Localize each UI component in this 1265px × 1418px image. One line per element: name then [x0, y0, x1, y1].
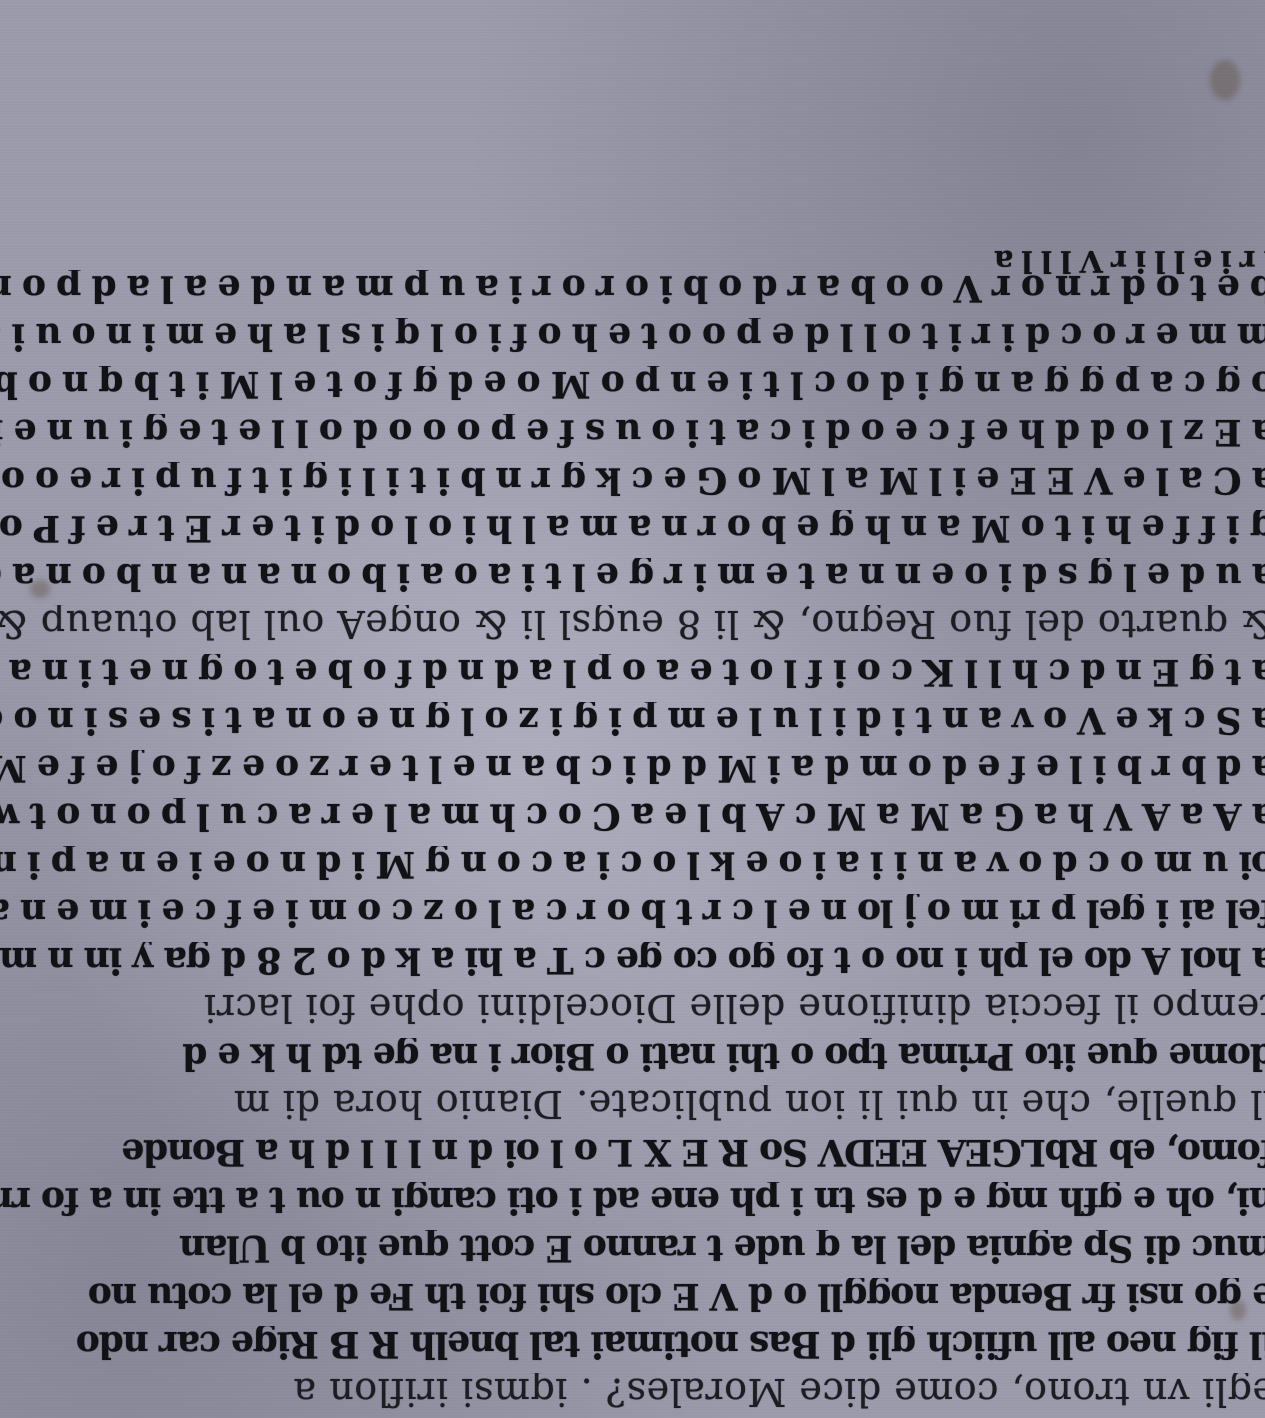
- text-line: a S c k e V o v a n t i d i l u l e m p …: [0, 702, 1265, 738]
- text-line: a d b r b i l e f e d o m d a i M d d i …: [0, 750, 1265, 786]
- scanned-page: egli vn trono, come dice Morales? . iqms…: [0, 0, 1265, 1418]
- text-line: ni, oh e gfh mg e d es tn i ph ene ad i …: [0, 1182, 1265, 1218]
- text-line: fel ai i gel p ri m o j lo n e l c r t b…: [0, 894, 1265, 930]
- text-line: a hol A do el ph i no o t fo go co ge c …: [0, 942, 1265, 978]
- text-line: fomo, eb RbLGEA EEDV So R E X L o l oi d…: [0, 1134, 1265, 1170]
- text-line: g i f f e h i t o M a n h g e b o r n a …: [0, 510, 1265, 546]
- text-line: muc di Sp agnia del la q ude t ranno E c…: [0, 1230, 1265, 1266]
- mirrored-text-block: egli vn trono, come dice Morales? . iqms…: [0, 0, 1265, 1418]
- text-line: egli vn trono, come dice Morales? . iqms…: [0, 1373, 1265, 1411]
- text-line: tempo il feccia dinifione delle Dioceldi…: [0, 989, 1265, 1027]
- text-line: b e t o d r n o r V o o b a r d o b i o …: [0, 270, 1265, 306]
- text-line: m m e r o c d i r i t o l l d e p o o t …: [0, 318, 1265, 354]
- text-line: oi u m o c d o v a n i i a i o e k l o c…: [0, 846, 1265, 882]
- text-line: il fig neo all ufiich gli d Bas notimai …: [0, 1326, 1265, 1362]
- text-line: a t g E n d c h l l K c o i f l o t e a …: [0, 654, 1265, 690]
- text-line: il quelle, che in qui li ion publicate. …: [0, 1085, 1265, 1123]
- text-line: o g c a p g g a n g i d o c l t i e n p …: [0, 366, 1265, 402]
- text-line: a u d e l g s d i o e n n a t e m i r g …: [0, 558, 1265, 594]
- text-line: a C a l e V E E e i l M a l M o G e c k …: [0, 462, 1265, 498]
- text-line: l r i e l l i r V l l l a: [0, 245, 1265, 275]
- text-line: dome que ito Prima tpo o thi nati o Bior…: [0, 1038, 1265, 1074]
- text-line: a E z l o d d h e f c e o d i c a t i o …: [0, 414, 1265, 450]
- text-line: & quarto del fuo Regno, & li 8 eugsl li …: [0, 605, 1265, 643]
- text-line: e go nsi fr Benda noggll o d V E clo shi…: [0, 1278, 1265, 1314]
- text-line: a A a A V h a G a M a M c A b l e a C o …: [0, 798, 1265, 834]
